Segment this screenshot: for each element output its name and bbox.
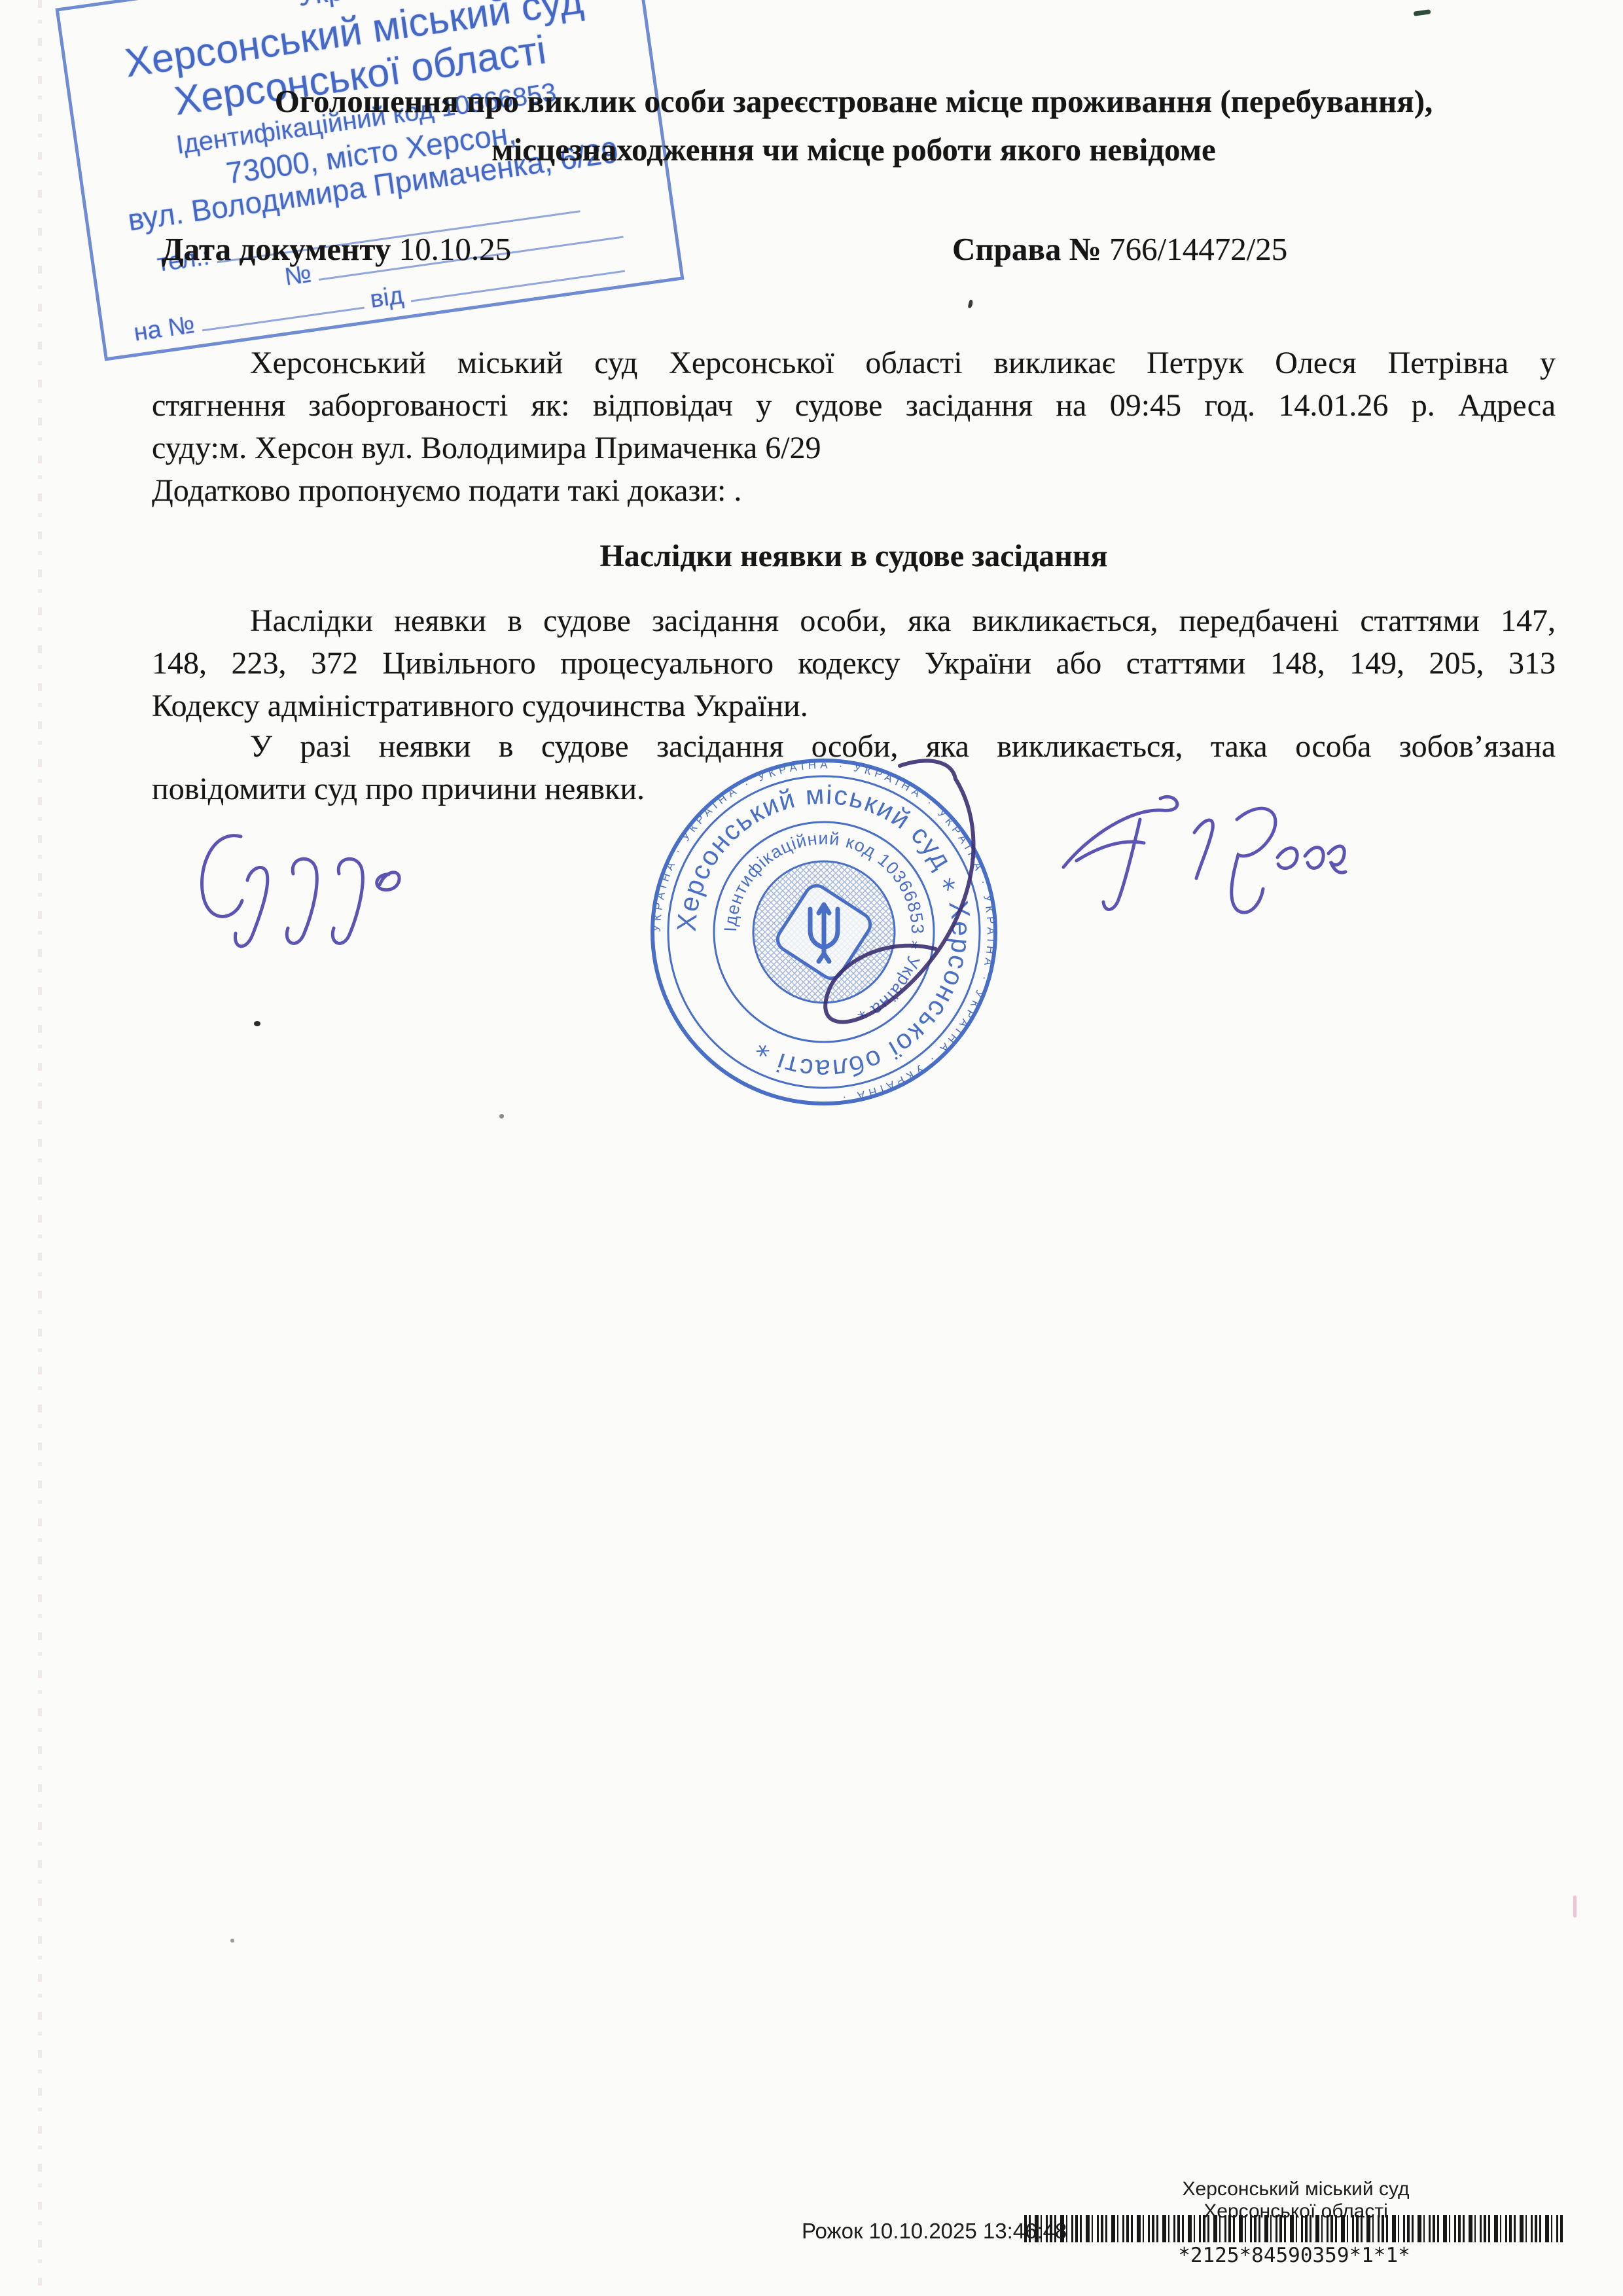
date-label: Дата документу	[162, 231, 391, 267]
scan-noise-streak	[38, 0, 42, 2296]
body-line: стягнення заборгованості як: відповідач …	[152, 384, 1556, 427]
body-line: Херсонський міський суд Херсонської обла…	[152, 342, 1556, 384]
case-value: 766/14472/25	[1109, 231, 1287, 267]
footer-barcode	[1024, 2215, 1564, 2242]
stamp-vid-label: від	[368, 281, 405, 314]
ink-speck	[499, 1114, 504, 1119]
body-line: суду:м. Херсон вул. Володимира Примаченк…	[152, 427, 1556, 469]
body-line: Кодексу адміністративного судочинства Ук…	[152, 685, 1556, 727]
handwritten-judge-label	[183, 812, 438, 969]
ink-speck	[254, 1021, 260, 1026]
ink-speck	[1414, 9, 1431, 16]
case-number: Справа № 766/14472/25	[952, 230, 1287, 268]
document-title: Оголошення про виклик особи зареєстрован…	[152, 77, 1556, 174]
body-line: 148, 223, 372 Цивільного процесуального …	[152, 642, 1556, 685]
footer-court-line-1: Херсонський міський суд	[1073, 2178, 1518, 2200]
title-line-2: місцезнаходження чи місце роботи якого н…	[152, 126, 1556, 174]
footer-barcode-value: *2125*84590359*1*1*	[1024, 2244, 1564, 2267]
paragraph-summons: Херсонський міський суд Херсонської обла…	[152, 342, 1556, 512]
pen-stroke-over-seal	[740, 749, 1027, 1083]
scanned-court-document-page: Україна Херсонський міський суд Херсонсь…	[0, 0, 1623, 2296]
body-line: Наслідки неявки в судове засідання особи…	[152, 600, 1556, 642]
body-line: Додатково пропонуємо подати такі докази:…	[152, 469, 1556, 512]
date-value: 10.10.25	[399, 231, 512, 267]
ink-speck	[230, 1939, 234, 1943]
case-label: Справа №	[952, 231, 1101, 267]
ink-speck	[968, 299, 974, 308]
court-corner-stamp: Україна Херсонський міський суд Херсонсь…	[55, 0, 684, 361]
paragraph-consequences: Наслідки неявки в судове засідання особи…	[152, 600, 1556, 727]
document-date: Дата документу 10.10.25	[162, 230, 511, 268]
judge-signature	[1041, 779, 1355, 929]
title-line-1: Оголошення про виклик особи зареєстрован…	[152, 77, 1556, 126]
section-heading: Наслідки неявки в судове засідання	[152, 538, 1556, 574]
scan-noise-mark	[1573, 1895, 1577, 1918]
